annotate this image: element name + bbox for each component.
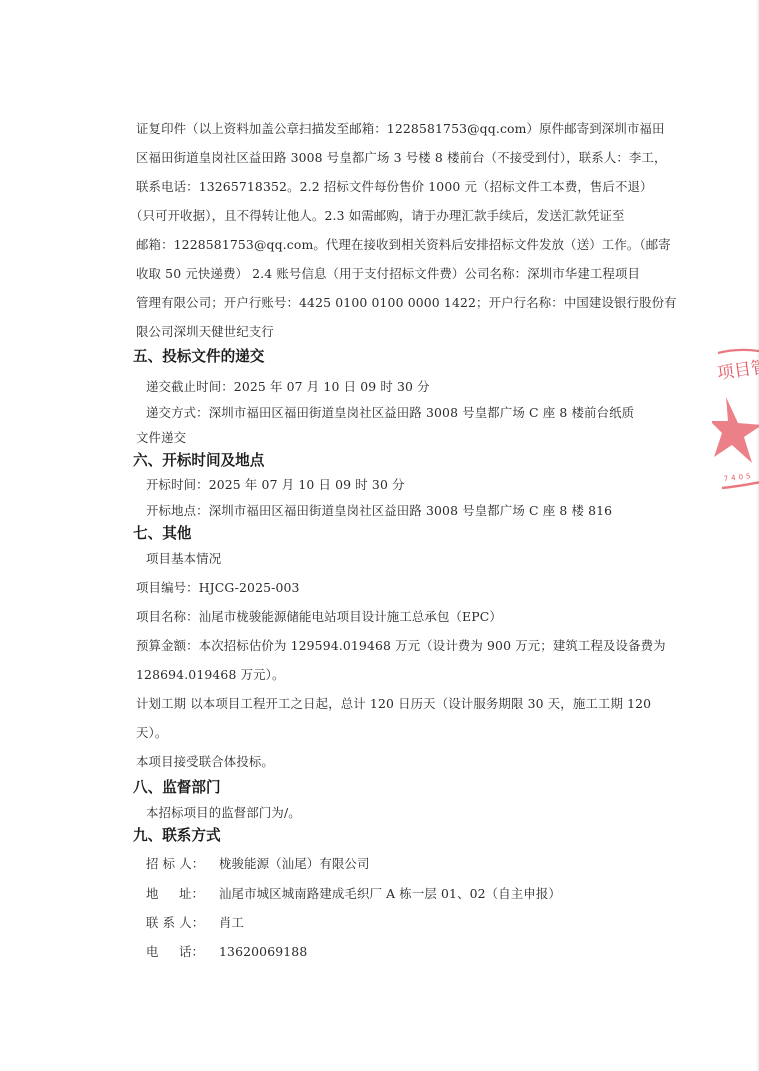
project-name: 项目名称：汕尾市栊骏能源储能电站项目设计施工总承包（EPC） [136,609,502,625]
contact-value: 13620069188 [219,944,307,959]
contact-label: 联 系 人： [146,915,219,931]
section-heading-submission: 五、投标文件的递交 [133,348,264,366]
project-number: 项目编号：HJCG-2025-003 [136,580,300,596]
supervision-text: 本招标项目的监督部门为/。 [146,805,301,821]
contact-value: 汕尾市城区城南路建成毛织厂 A 栋一层 01、02（自主申报） [219,886,561,901]
contact-label: 地 址： [146,886,219,902]
contact-label: 招 标 人： [146,856,219,872]
project-overview-label: 项目基本情况 [146,551,221,567]
company-seal-stamp: 项目管 7405 [712,345,759,495]
text-line: 限公司深圳天健世纪支行 [136,324,274,340]
contact-person: 联 系 人：肖工 [146,915,244,931]
submission-method-cont: 文件递交 [136,430,186,446]
contact-value: 肖工 [219,915,244,930]
contact-phone: 电 话：13620069188 [146,944,307,960]
text-line: 联系电话：13265718352。2.2 招标文件每份售价 1000 元（招标文… [136,179,653,195]
section-heading-opening: 六、开标时间及地点 [133,452,264,470]
planned-schedule-cont: 天）。 [136,725,167,741]
text-line: 管理有限公司；开户行账号：4425 0100 0100 0000 1422；开户… [136,295,677,311]
text-line: 邮箱：1228581753@qq.com。代理在接收到相关资料后安排招标文件发放… [136,237,671,253]
svg-text:项目管: 项目管 [716,357,759,384]
text-line: 区福田街道皇岗社区益田路 3008 号皇都广场 3 号楼 8 楼前台（不接受到付… [136,150,667,166]
contact-label: 电 话： [146,944,219,960]
budget-amount: 预算金额：本次招标估价为 129594.019468 万元（设计费为 900 万… [136,638,666,654]
section-heading-contact: 九、联系方式 [133,827,221,845]
contact-tenderer: 招 标 人：栊骏能源（汕尾）有限公司 [146,856,370,872]
opening-time: 开标时间：2025 年 07 月 10 日 09 时 30 分 [146,477,405,493]
svg-text:7405: 7405 [723,472,754,483]
contact-address: 地 址：汕尾市城区城南路建成毛织厂 A 栋一层 01、02（自主申报） [146,886,561,902]
text-line: 收取 50 元快递费） 2.4 账号信息（用于支付招标文件费）公司名称：深圳市华… [136,266,640,282]
consortium-note: 本项目接受联合体投标。 [136,754,274,770]
seal-icon: 项目管 7405 [712,345,759,495]
section-heading-other: 七、其他 [133,525,191,543]
submission-method: 递交方式：深圳市福田区福田街道皇岗社区益田路 3008 号皇都广场 C 座 8 … [146,405,634,421]
submission-deadline: 递交截止时间：2025 年 07 月 10 日 09 时 30 分 [146,379,430,395]
planned-schedule: 计划工期 以本项目工程开工之日起，总计 120 日历天（设计服务期限 30 天，… [136,696,651,712]
text-line: （只可开收据），且不得转让他人。2.3 如需邮购，请于办理汇款手续后，发送汇款凭… [130,208,625,224]
opening-location: 开标地点：深圳市福田区福田街道皇岗社区益田路 3008 号皇都广场 C 座 8 … [146,503,612,519]
contact-value: 栊骏能源（汕尾）有限公司 [219,856,370,871]
budget-amount-cont: 128694.019468 万元）。 [136,667,285,683]
text-line: 证复印件（以上资料加盖公章扫描发至邮箱：1228581753@qq.com）原件… [136,121,664,137]
section-heading-supervision: 八、监督部门 [133,779,221,797]
